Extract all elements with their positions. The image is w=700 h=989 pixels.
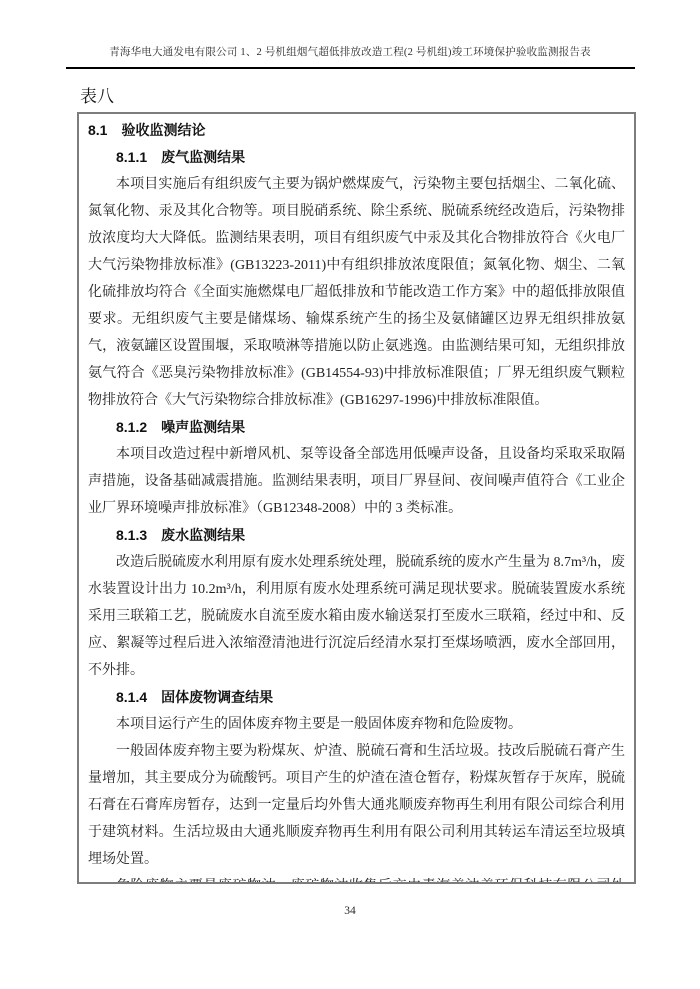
paragraph-waste-gas: 本项目实施后有组织废气主要为锅炉燃煤废气，污染物主要包括烟尘、二氧化硫、氮氧化物… [88,171,625,414]
paragraph-general-solid-waste: 一般固体废弃物主要为粉煤灰、炉渣、脱硫石膏和生活垃圾。技改后脱硫石膏产生量增加，… [88,738,625,873]
paragraph-hazardous-waste: 危险废物主要是废矿物油，废矿物油收集后交由青海美油美环保科技有限公司处置。 [88,873,625,884]
table-label: 表八 [80,82,114,107]
subsection-title-8-1-1: 8.1.1 废气监测结果 [88,144,625,171]
section-title-8-1: 8.1 验收监测结论 [88,117,625,144]
paragraph-wastewater: 改造后脱硫废水利用原有废水处理系统处理，脱硫系统的废水产生量为 8.7m³/h，… [88,549,625,684]
paragraph-solid-waste-intro: 本项目运行产生的固体废弃物主要是一般固体废弃物和危险废物。 [88,711,625,738]
paragraph-noise: 本项目改造过程中新增风机、泵等设备全部选用低噪声设备，且设备均采取采取隔声措施，… [88,441,625,522]
subsection-title-8-1-3: 8.1.3 废水监测结果 [88,522,625,549]
page-number: 34 [0,905,700,917]
document-header-title: 青海华电大通发电有限公司 1、2 号机组烟气超低排放改造工程(2 号机组)竣工环… [40,44,660,59]
header-divider-rule [66,67,635,69]
subsection-title-8-1-2: 8.1.2 噪声监测结果 [88,414,625,441]
subsection-title-8-1-4: 8.1.4 固体废物调查结果 [88,684,625,711]
content-box: 8.1 验收监测结论 8.1.1 废气监测结果 本项目实施后有组织废气主要为锅炉… [77,112,636,884]
